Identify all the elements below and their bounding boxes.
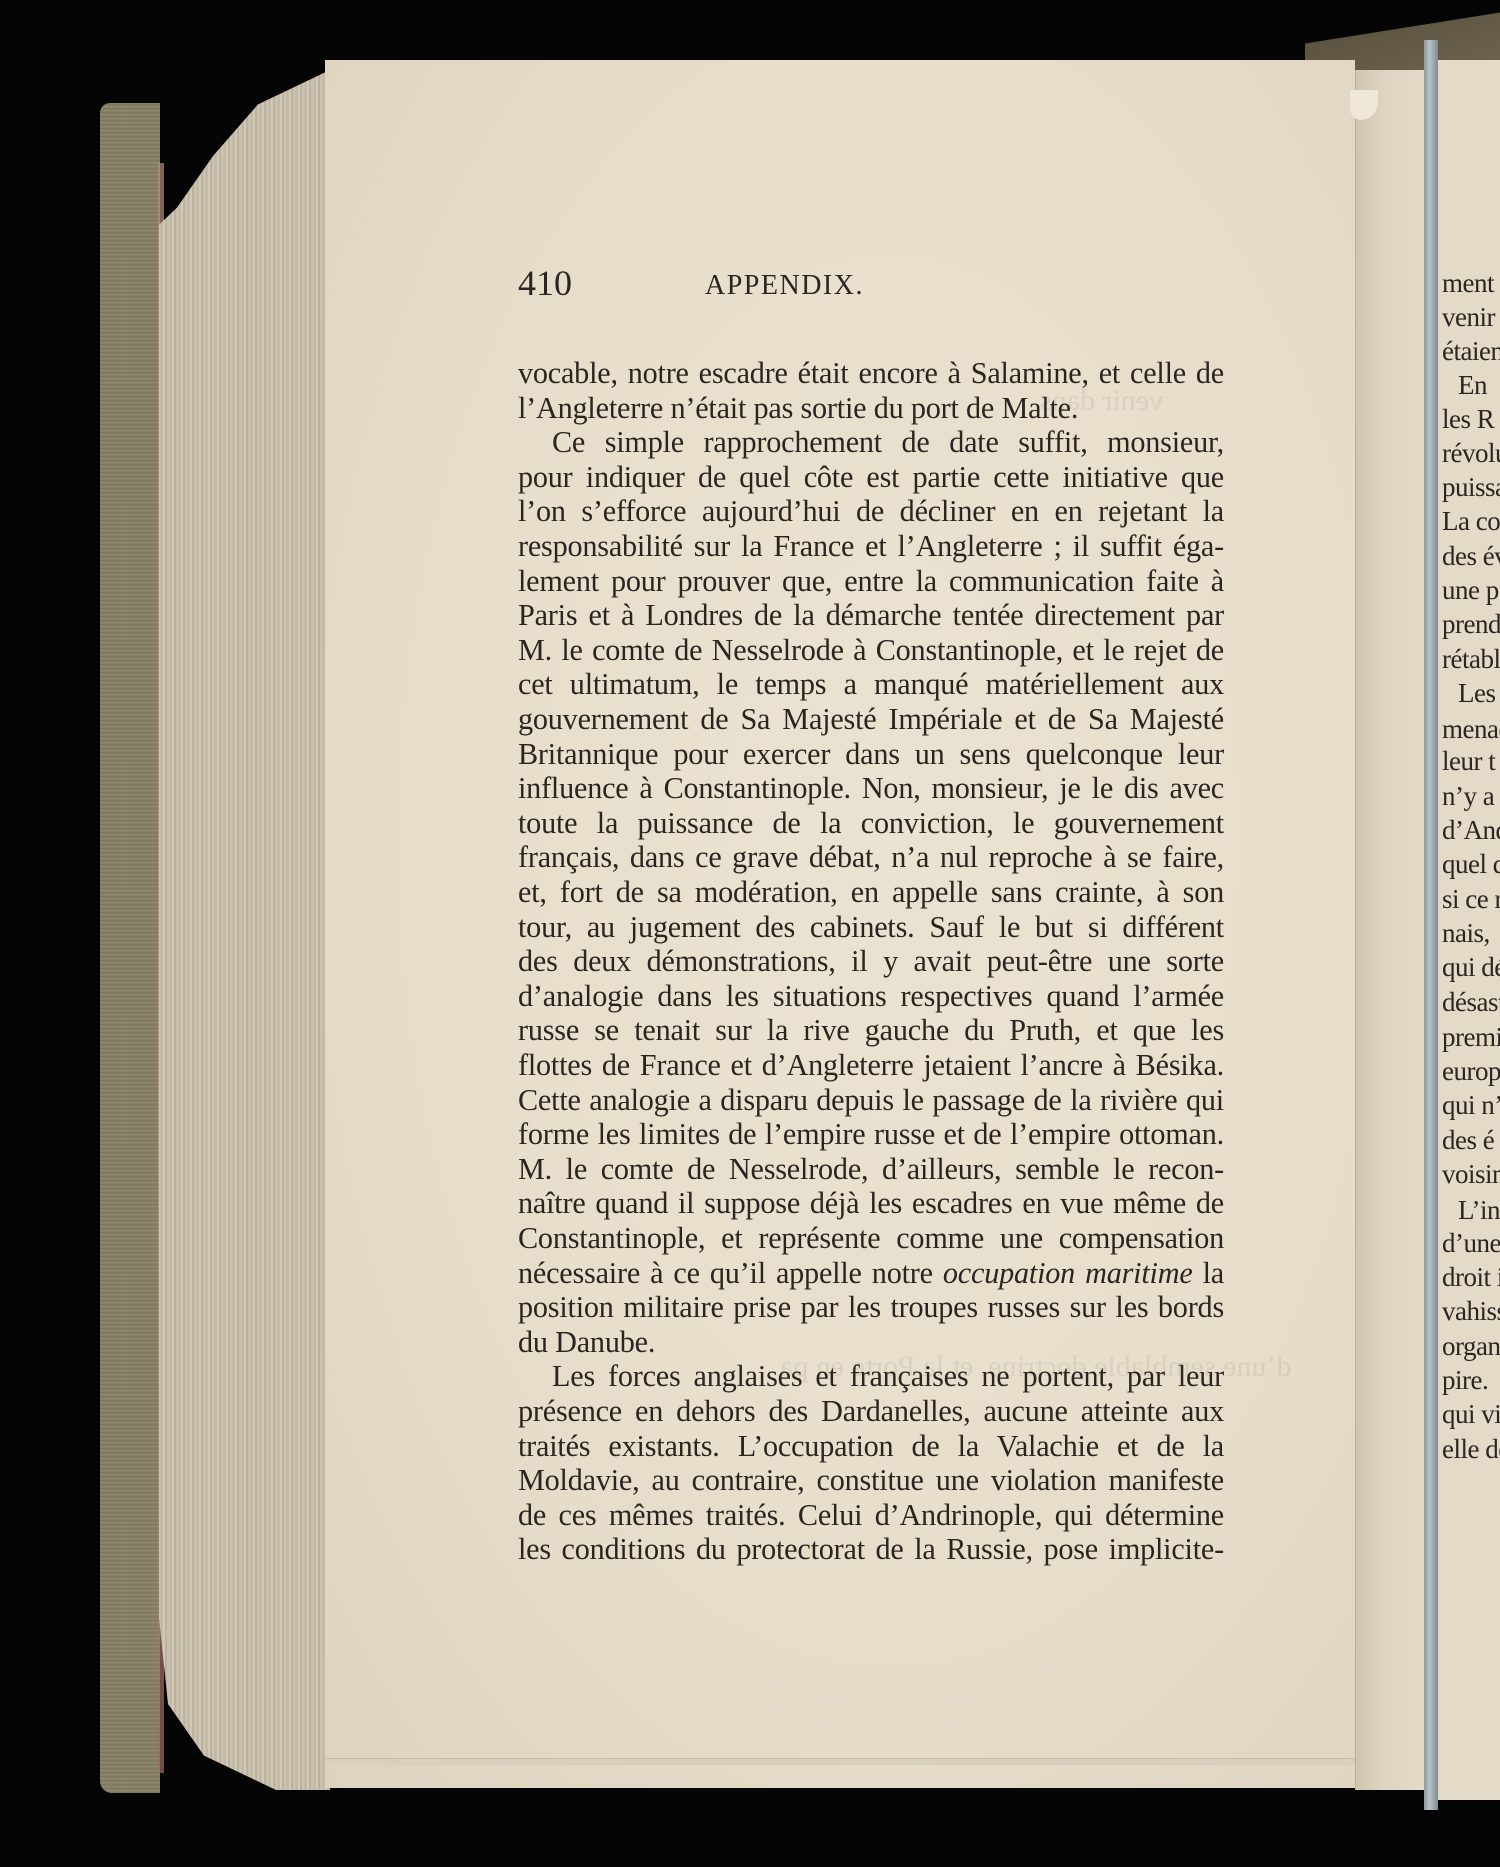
next-page-text-line: En [1458,370,1487,401]
text-line: d’analogie dans les situations respectiv… [518,979,1224,1013]
text-line: Les forces anglaises et françaises ne po… [552,1359,1224,1393]
next-page-text-line: les R [1442,404,1494,435]
next-page-text-line: premi [1442,1022,1500,1053]
text-line: l’on s’efforce aujourd’hui de décliner e… [518,494,1224,528]
text-line: Britannique pour exercer dans un sens qu… [518,737,1224,771]
text-line: français, dans ce grave débat, n’a nul r… [518,840,1224,874]
text-line: flottes de France et d’Angleterre jetaie… [518,1048,1224,1082]
text-line: Ce simple rapprochement de date suffit, … [552,425,1224,459]
text-line: gouvernement de Sa Majesté Impériale et … [518,702,1224,736]
text-line: Cette analogie a disparu depuis le passa… [518,1083,1224,1117]
next-page-text-line: elle dé [1442,1434,1500,1465]
page-number: 410 [518,262,572,304]
running-head: APPENDIX. [705,270,864,302]
text-line: influence à Constantinople. Non, monsieu… [518,771,1224,805]
text-line: position militaire prise par les troupes… [518,1290,1224,1324]
next-page-text-line: nais, [1442,918,1490,949]
next-page-text-line: L’in [1458,1195,1500,1226]
next-page-text-line: révolu [1442,438,1500,469]
next-page-text-line: d’And [1442,815,1500,846]
next-page-text-line: puissa [1442,472,1500,503]
next-page-text-line: désast [1442,987,1500,1018]
next-page-text-line: ment [1442,268,1494,299]
text-line: tour, au jugement des cabinets. Sauf le … [518,910,1224,944]
next-page-text-line: si ce r [1442,884,1500,915]
text-line: Moldavie, au contraire, constitue une vi… [518,1463,1224,1497]
next-page-strip: mentvenirétaienEnles RrévolupuissaLa cod… [1438,60,1500,1800]
next-page-text-line: voisin [1442,1159,1500,1190]
next-page-text-line: quel d [1442,849,1500,880]
text-line: forme les limites de l’empire russe et d… [518,1117,1224,1151]
next-page-text-line: qui vie [1442,1399,1500,1430]
text-line: Constantinople, et représente comme une … [518,1221,1224,1255]
next-page-text-line: droit i [1442,1262,1500,1293]
next-page-text-line: europ [1442,1056,1500,1087]
next-page-text-line: une p [1442,575,1499,606]
next-page-text-line: des év [1442,541,1500,572]
text-line: l’Angleterre n’était pas sortie du port … [518,391,1224,425]
text-line: lement pour prouver que, entre la commun… [518,564,1224,598]
text-line: cet ultimatum, le temps a manqué matérie… [518,667,1224,701]
next-page-text-line: La co [1442,506,1500,537]
next-page-text-line: d’une [1442,1228,1500,1259]
text-line: Paris et à Londres de la démarche tentée… [518,598,1224,632]
next-page-text-line: pire. [1442,1365,1488,1396]
text-line: vocable, notre escadre était encore à Sa… [518,356,1224,390]
text-line: pour indiquer de quel côte est partie ce… [518,460,1224,494]
italic-phrase: occupation maritime [943,1256,1193,1290]
next-page-text-line: des é [1442,1125,1494,1156]
text-line: les conditions du protectorat de la Russ… [518,1532,1224,1566]
page-bottom-edge [325,1758,1355,1765]
text-line: du Danube. [518,1325,1224,1359]
next-page-text-line: vahiss [1442,1296,1500,1327]
next-page-text-line: prend [1442,609,1500,640]
next-page-text-line: qui n’ [1442,1090,1500,1121]
text-line: de ces mêmes traités. Celui d’Andrinople… [518,1498,1224,1532]
next-page-text-line: n’y a [1442,781,1494,812]
next-page-text-line: leur t [1442,746,1495,777]
next-page-text-line: venir [1442,302,1495,333]
text-line: toute la puissance de la conviction, le … [518,806,1224,840]
next-page-text-line: rétabl [1442,644,1500,675]
page-edges-stack [150,70,330,1790]
book-gutter [1355,70,1426,1790]
next-page-text-line: étaien [1442,336,1500,367]
text-span: nécessaire à ce qu’il appelle notre [518,1256,943,1290]
next-page-text-line: menac [1442,714,1500,745]
text-line: naître quand il suppose déjà les escadre… [518,1186,1224,1220]
next-page-text-line: Les [1458,678,1495,709]
book-cover-left [100,103,160,1793]
text-line: et, fort de sa modération, en appelle sa… [518,875,1224,909]
text-line: des deux démonstrations, il y avait peut… [518,944,1224,978]
text-line: M. le comte de Nesselrode à Constantinop… [518,633,1224,667]
next-page-text-line: qui dé [1442,952,1500,983]
text-span: la [1193,1256,1224,1290]
text-line: nécessaire à ce qu’il appelle notre occu… [518,1256,1224,1290]
text-line: russe se tenait sur la rive gauche du Pr… [518,1013,1224,1047]
next-page-text-line: organi [1442,1331,1500,1362]
text-line: M. le comte de Nesselrode, d’ailleurs, s… [518,1152,1224,1186]
text-line: présence en dehors des Dardanelles, aucu… [518,1394,1224,1428]
text-line: traités existants. L’occupation de la Va… [518,1429,1224,1463]
page-divider-strip [1424,40,1438,1810]
text-line: responsabilité sur la France et l’Anglet… [518,529,1224,563]
